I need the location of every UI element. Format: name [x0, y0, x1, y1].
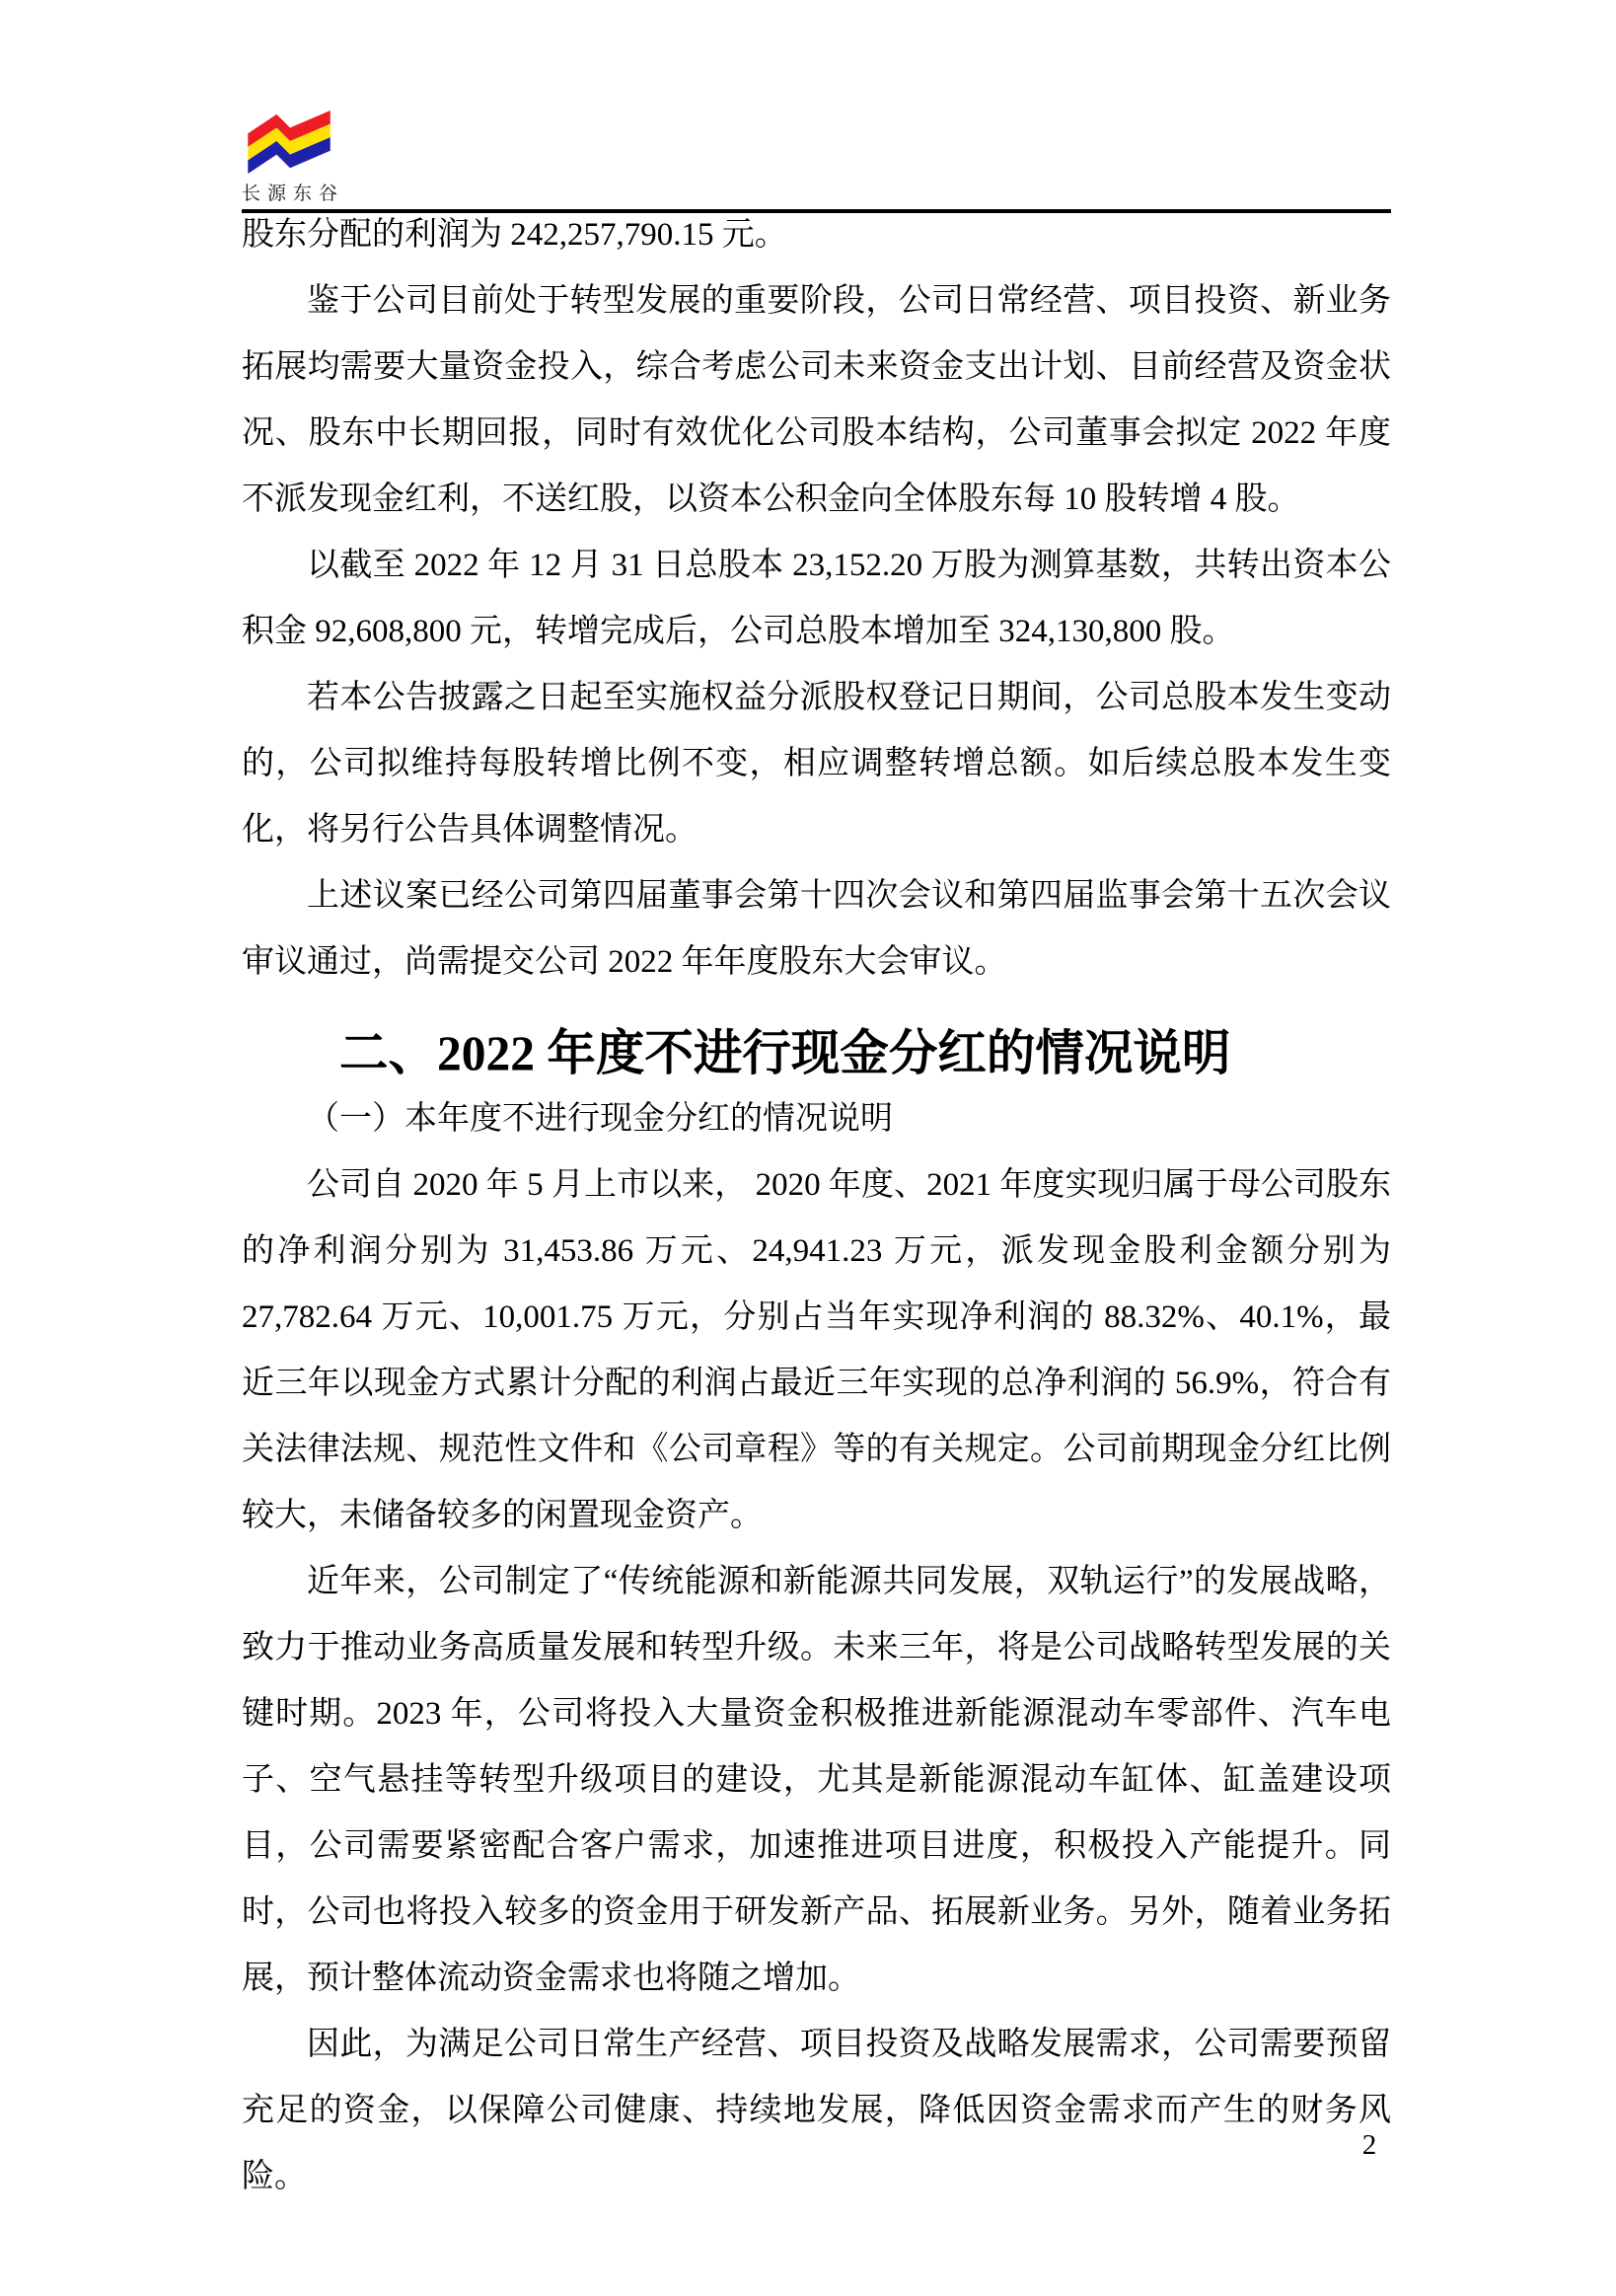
paragraph: 若本公告披露之日起至实施权益分派股权登记日期间，公司总股本发生变动的，公司拟维持…	[242, 665, 1391, 863]
paragraph: 公司自 2020 年 5 月上市以来， 2020 年度、2021 年度实现归属于…	[242, 1152, 1391, 1549]
paragraph: 上述议案已经公司第四届董事会第十四次会议和第四届监事会第十五次会议审议通过，尚需…	[242, 863, 1391, 996]
paragraph: 以截至 2022 年 12 月 31 日总股本 23,152.20 万股为测算基…	[242, 533, 1391, 665]
paragraph-continuation: 股东分配的利润为 242,257,790.15 元。	[242, 202, 1391, 268]
paragraph: 因此，为满足公司日常生产经营、项目投资及战略发展需求，公司需要预留充足的资金，以…	[242, 2012, 1391, 2210]
company-logo-name: 长源东谷	[242, 179, 360, 205]
page-number: 2	[1350, 2129, 1389, 2162]
company-logo: 长源东谷	[242, 111, 360, 205]
page-header: 长源东谷	[242, 111, 1391, 213]
logo-ribbon-icon	[247, 111, 333, 176]
document-page: 长源东谷 股东分配的利润为 242,257,790.15 元。 鉴于公司目前处于…	[0, 0, 1616, 2296]
subsection-heading: （一）本年度不进行现金分红的情况说明	[242, 1086, 1391, 1152]
paragraph: 鉴于公司目前处于转型发展的重要阶段，公司日常经营、项目投资、新业务拓展均需要大量…	[242, 268, 1391, 533]
document-body: 股东分配的利润为 242,257,790.15 元。 鉴于公司目前处于转型发展的…	[242, 202, 1391, 2210]
paragraph: 近年来，公司制定了“传统能源和新能源共同发展，双轨运行”的发展战略，致力于推动业…	[242, 1549, 1391, 2012]
section-heading: 二、2022 年度不进行现金分红的情况说明	[242, 1020, 1391, 1086]
